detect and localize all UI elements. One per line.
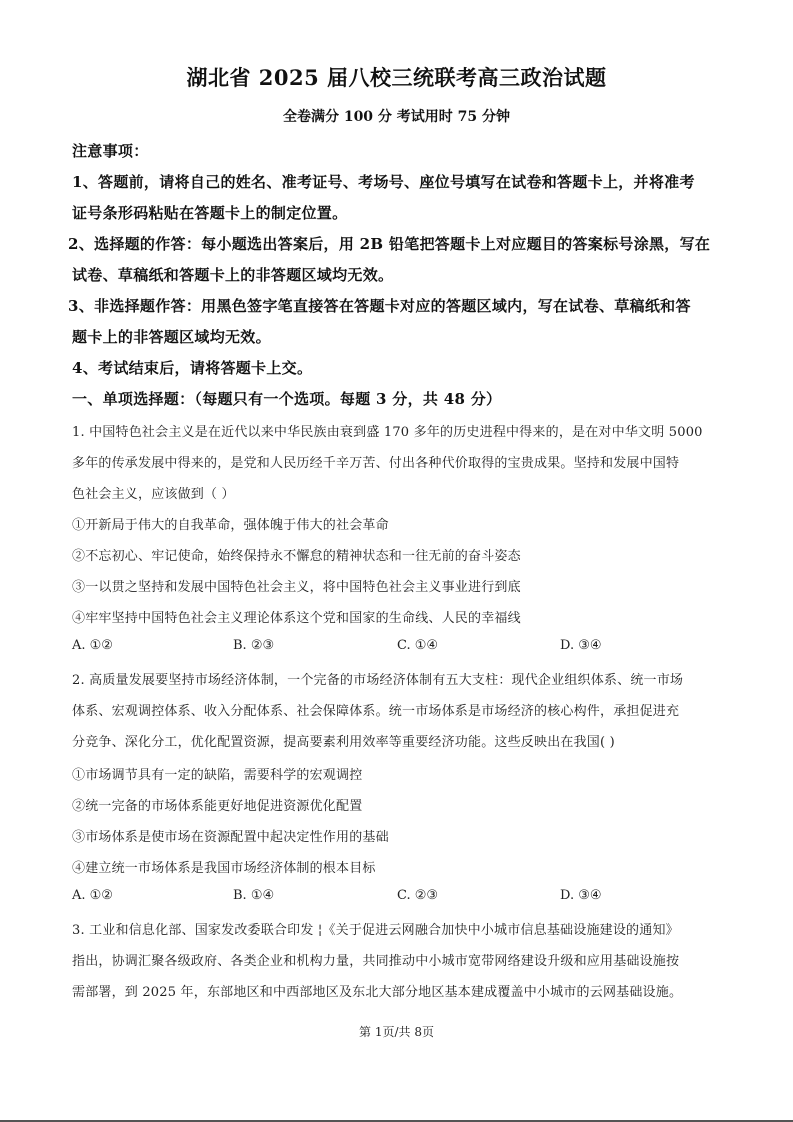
question-stem: 需部署，到 2025 年，东部地区和中西部地区及东北大部分地区基本建成覆盖中小城… [72,981,682,1000]
statement: ①开新局于伟大的自我革命，强体魄于伟大的社会革命 [72,514,389,533]
notice-line: 2、选择题的作答：每小题选出答案后，用 2B 铅笔把答题卡上对应题目的答案标号涂… [68,233,710,254]
statement: ④建立统一市场体系是我国市场经济体制的根本目标 [72,857,376,876]
question-stem: 体系、宏观调控体系、收入分配体系、社会保障体系。统一市场体系是市场经济的核心构件… [72,700,679,719]
section-heading: 一、单项选择题：（每题只有一个选项。每题 3 分，共 48 分） [72,388,501,409]
question-stem: 分竞争、深化分工，优化配置资源，提高要素利用效率等重要经济功能。这些反映出在我国… [72,731,615,750]
question-stem: 1. 中国特色社会主义是在近代以来中华民族由衰到盛 170 多年的历史进程中得来… [72,421,703,440]
question-stem: 指出，协调汇聚各级政府、各类企业和机构力量，共同推动中小城市宽带网络建设升级和应… [72,950,679,969]
notice-line: 试卷、草稿纸和答题卡上的非答题区域均无效。 [72,264,393,285]
option-c: C. ①④ [397,638,438,653]
question-stem: 3. 工业和信息化部、国家发改委联合印发 ¦《关于促进云网融合加快中小城市信息基… [72,919,679,938]
option-c: C. ②③ [397,888,438,903]
statement: ③市场体系是使市场在资源配置中起决定性作用的基础 [72,826,389,845]
statement: ①市场调节具有一定的缺陷，需要科学的宏观调控 [72,764,362,783]
statement: ②不忘初心、牢记使命，始终保持永不懈怠的精神状态和一往无前的奋斗姿态 [72,545,521,564]
question-stem: 2. 高质量发展要坚持市场经济体制，一个完备的市场经济体制有五大支柱：现代企业组… [72,669,683,688]
notice-line: 4、考试结束后，请将答题卡上交。 [72,357,312,378]
question-stem: 色社会主义，应该做到（ ） [72,483,235,502]
exam-info: 全卷满分 100 分 考试用时 75 分钟 [0,106,793,126]
option-d: D. ③④ [560,638,602,653]
notice-line: 证号条形码粘贴在答题卡上的制定位置。 [72,202,347,223]
option-d: D. ③④ [560,888,602,903]
statement: ②统一完备的市场体系能更好地促进资源优化配置 [72,795,362,814]
option-b: B. ①④ [233,888,274,903]
statement: ④牢牢坚持中国特色社会主义理论体系这个党和国家的生命线、人民的幸福线 [72,607,521,626]
notice-line: 1、答题前，请将自己的姓名、准考证号、考场号、座位号填写在试卷和答题卡上，并将准… [72,171,695,192]
notice-line: 题卡上的非答题区域均无效。 [72,326,271,347]
option-b: B. ②③ [233,638,274,653]
question-stem: 多年的传承发展中得来的，是党和人民历经千辛万苦、付出各种代价取得的宝贵成果。坚持… [72,452,679,471]
exam-page: 湖北省 2025 届八校三统联考高三政治试题 全卷满分 100 分 考试用时 7… [0,0,793,1122]
notice-heading: 注意事项： [72,140,149,161]
page-number: 第 1页/共 8页 [0,1023,793,1040]
notice-line: 3、非选择题作答：用黑色签字笔直接答在答题卡对应的答题区域内，写在试卷、草稿纸和… [68,295,691,316]
statement: ③一以贯之坚持和发展中国特色社会主义，将中国特色社会主义事业进行到底 [72,576,521,595]
option-a: A. ①② [72,888,113,903]
option-a: A. ①② [72,638,113,653]
page-title: 湖北省 2025 届八校三统联考高三政治试题 [0,62,793,92]
